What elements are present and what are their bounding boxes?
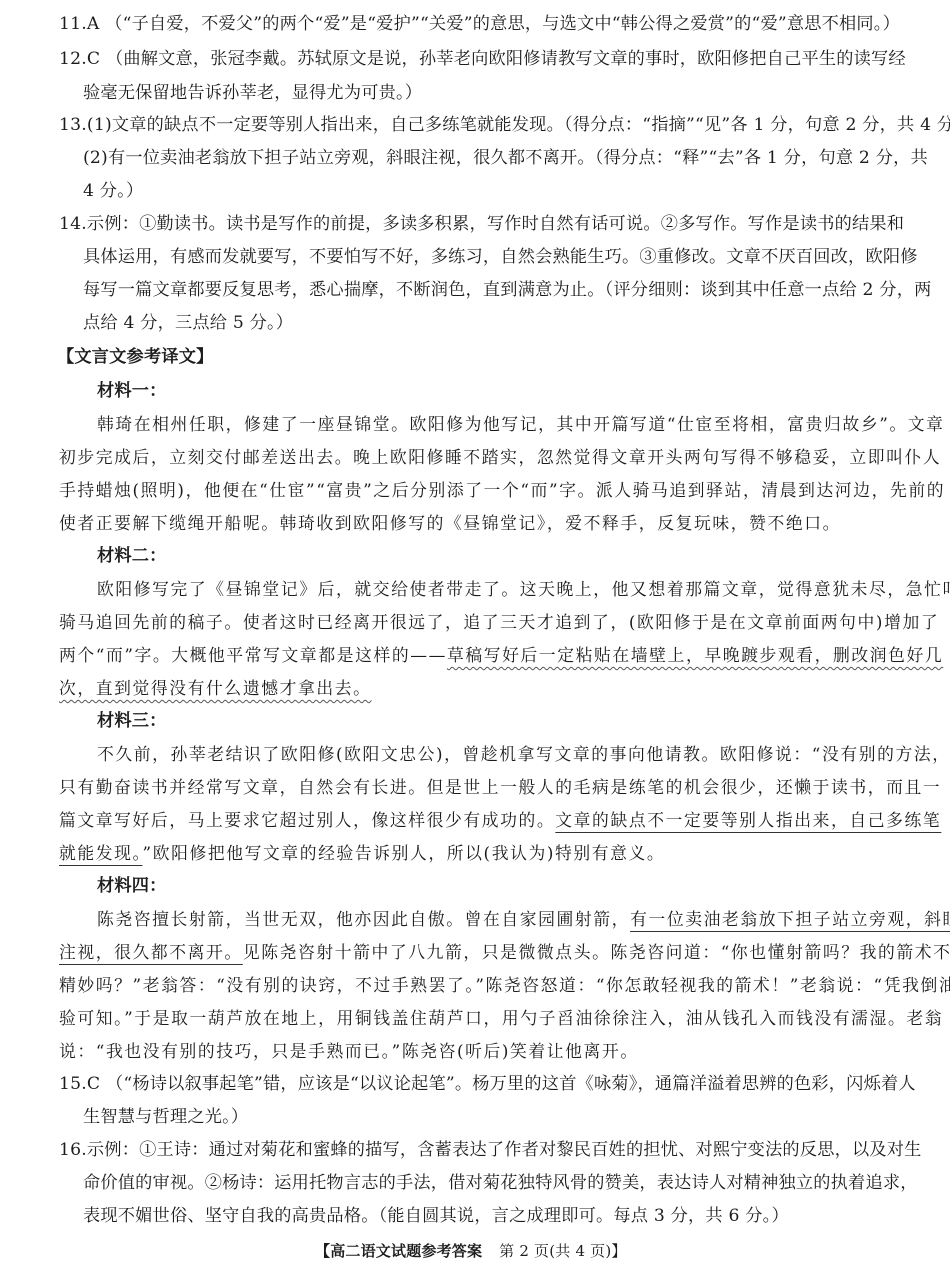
material-2-line4: 次，直到觉得没有什么遗憾才拿出去。 <box>59 677 371 699</box>
material-2-title: 材料二： <box>97 545 167 567</box>
wavy-underlined-sentence-end: 次，直到觉得没有什么遗憾才拿出去。 <box>59 678 371 698</box>
material-1-line3: 手持蜡烛(照明)，他便在“仕宦”“富贵”之后分别添了一个“而”字。派人骑马追到驿… <box>59 479 945 501</box>
underlined-sentence-end: 就能发现。 <box>59 843 143 863</box>
material-1-line4: 使者正要解下缆绳开船呢。韩琦收到欧阳修写的《昼锦堂记》，爱不释手，反复玩味，赞不… <box>59 512 841 534</box>
answer-q16-line2: 命价值的审视。②杨诗：运用托物言志的手法，借对菊花独特风骨的赞美，表达诗人对精神… <box>83 1172 918 1194</box>
answer-q16-line3: 表现不媚世俗、坚守自我的高贵品格。（能自圆其说，言之成理即可。每点 3 分，共 … <box>83 1205 789 1227</box>
answer-q15-line1: 15.C （“杨诗以叙事起笔”错，应该是“以议论起笔”。杨万里的这首《咏菊》，通… <box>59 1073 916 1095</box>
material-3-line4: 就能发现。”欧阳修把他写文章的经验告诉别人，所以(我认为)特别有意义。 <box>59 842 665 864</box>
material-3-line4-text: ”欧阳修把他写文章的经验告诉别人，所以(我认为)特别有意义。 <box>143 843 666 863</box>
translation-heading: 【文言文参考译文】 <box>57 346 214 368</box>
material-3-line3-text: 篇文章写好后，马上要求它超过别人，像这样很少有成功的。 <box>59 810 555 830</box>
material-2-line1: 欧阳修写完了《昼锦堂记》后，就交给使者带走了。这天晚上，他又想着那篇文章，觉得意… <box>97 578 950 600</box>
answer-key-page: 11.A （“子自爱，不爱父”的两个“爱”是“爱护”“关爱”的意思，与选文中“韩… <box>0 0 950 1267</box>
answer-q14-line1: 14.示例：①勤读书。读书是写作的前提，多读多积累，写作时自然有话可说。②多写作… <box>59 213 904 235</box>
footer-title: 【高二语文试题参考答案 <box>315 1242 482 1260</box>
wavy-underlined-sentence: 草稿写好后一定粘贴在墙壁上，早晚踱步观看，删改润色好几 <box>447 645 943 665</box>
material-4-line3: 精妙吗？”老翁答：“没有别的诀窍，不过手熟罢了。”陈尧咨怒道：“你怎敢轻视我的箭… <box>59 974 950 996</box>
answer-q13-line1: 13.(1)文章的缺点不一定要等别人指出来，自己多练笔就能发现。（得分点：“指摘… <box>59 114 950 136</box>
answer-q14-line4: 点给 4 分，三点给 5 分。） <box>83 312 293 334</box>
answer-q11: 11.A （“子自爱，不爱父”的两个“爱”是“爱护”“关爱”的意思，与选文中“韩… <box>59 13 900 35</box>
material-2-line2: 骑马追回先前的稿子。使者这时已经离开很远了，追了三天才追到了，(欧阳修于是在文章… <box>59 611 939 633</box>
answer-q16-line1: 16.示例：①王诗：通过对菊花和蜜蜂的描写，含蓄表达了作者对黎民百姓的担忧、对熙… <box>59 1139 922 1161</box>
material-4-line1: 陈尧咨擅长射箭，当世无双，他亦因此自傲。曾在自家园圃射箭，有一位卖油老翁放下担子… <box>97 908 950 930</box>
material-1-line2: 初步完成后，立刻交付邮差送出去。晚上欧阳修睡不踏实，忽然觉得文章开头两句写得不够… <box>59 446 941 468</box>
answer-q12-line2: 验毫无保留地告诉孙莘老，显得尤为可贵。） <box>83 82 422 104</box>
material-4-line1-text: 陈尧咨擅长射箭，当世无双，他亦因此自傲。曾在自家园圃射箭， <box>97 909 630 929</box>
material-2-line3-text: 两个“而”字。大概他平常写文章都是这样的—— <box>59 645 447 665</box>
material-1-title: 材料一： <box>97 380 167 402</box>
answer-q14-line2: 具体运用，有感而发就要写，不要怕写不好，多练习，自然会熟能生巧。③重修改。文章不… <box>83 246 918 268</box>
material-4-line2-text: 见陈尧咨射十箭中了八九箭，只是微微点头。陈尧咨问道：“你也懂射箭吗？我的箭术不 <box>243 942 950 962</box>
underlined-sentence: 有一位卖油老翁放下担子站立旁观，斜眼 <box>630 909 950 929</box>
material-1-line1: 韩琦在相州任职，修建了一座昼锦堂。欧阳修为他写记，其中开篇写道“仕宦至将相，富贵… <box>97 413 945 435</box>
material-3-line3: 篇文章写好后，马上要求它超过别人，像这样很少有成功的。文章的缺点不一定要等别人指… <box>59 809 941 831</box>
material-2-line3: 两个“而”字。大概他平常写文章都是这样的——草稿写好后一定粘贴在墙壁上，早晚踱步… <box>59 644 943 666</box>
answer-q13-line3: 4 分。） <box>83 180 143 202</box>
material-4-line5: 说：“我也没有别的技巧，只是手熟而已。”陈尧咨(听后)笑着让他离开。 <box>59 1040 639 1062</box>
material-4-line2: 注视，很久都不离开。见陈尧咨射十箭中了八九箭，只是微微点头。陈尧咨问道：“你也懂… <box>59 941 950 963</box>
material-3-line2: 只有勤奋读书并经常写文章，自然会有长进。但是世上一般人的毛病是练笔的机会很少，还… <box>59 776 941 798</box>
material-4-line4: 验可知。”于是取一葫芦放在地上，用铜钱盖住葫芦口，用勺子舀油徐徐注入，油从钱孔入… <box>59 1007 943 1029</box>
answer-q15-line2: 生智慧与哲理之光。） <box>83 1106 248 1128</box>
answer-q13-line2: (2)有一位卖油老翁放下担子站立旁观，斜眼注视，很久都不离开。（得分点：“释”“… <box>83 147 928 169</box>
material-4-title: 材料四： <box>97 875 167 897</box>
material-3-title: 材料三： <box>97 710 167 732</box>
answer-q14-line3: 每写一篇文章都要反复思考，悉心揣摩，不断润色，直到满意为止。（评分细则：谈到其中… <box>83 279 931 301</box>
page-footer: 【高二语文试题参考答案 第 2 页(共 4 页)】 <box>315 1240 627 1262</box>
answer-q12-line1: 12.C （曲解文意，张冠李戴。苏轼原文是说，孙莘老向欧阳修请教写文章的事时，欧… <box>59 48 906 70</box>
underlined-sentence: 文章的缺点不一定要等别人指出来，自己多练笔 <box>555 810 941 830</box>
material-3-line1: 不久前，孙莘老结识了欧阳修(欧阳文忠公)，曾趁机拿写文章的事向他请教。欧阳修说：… <box>97 743 950 765</box>
underlined-sentence-end: 注视，很久都不离开。 <box>59 942 243 962</box>
footer-page-number: 第 2 页(共 4 页)】 <box>499 1242 626 1260</box>
